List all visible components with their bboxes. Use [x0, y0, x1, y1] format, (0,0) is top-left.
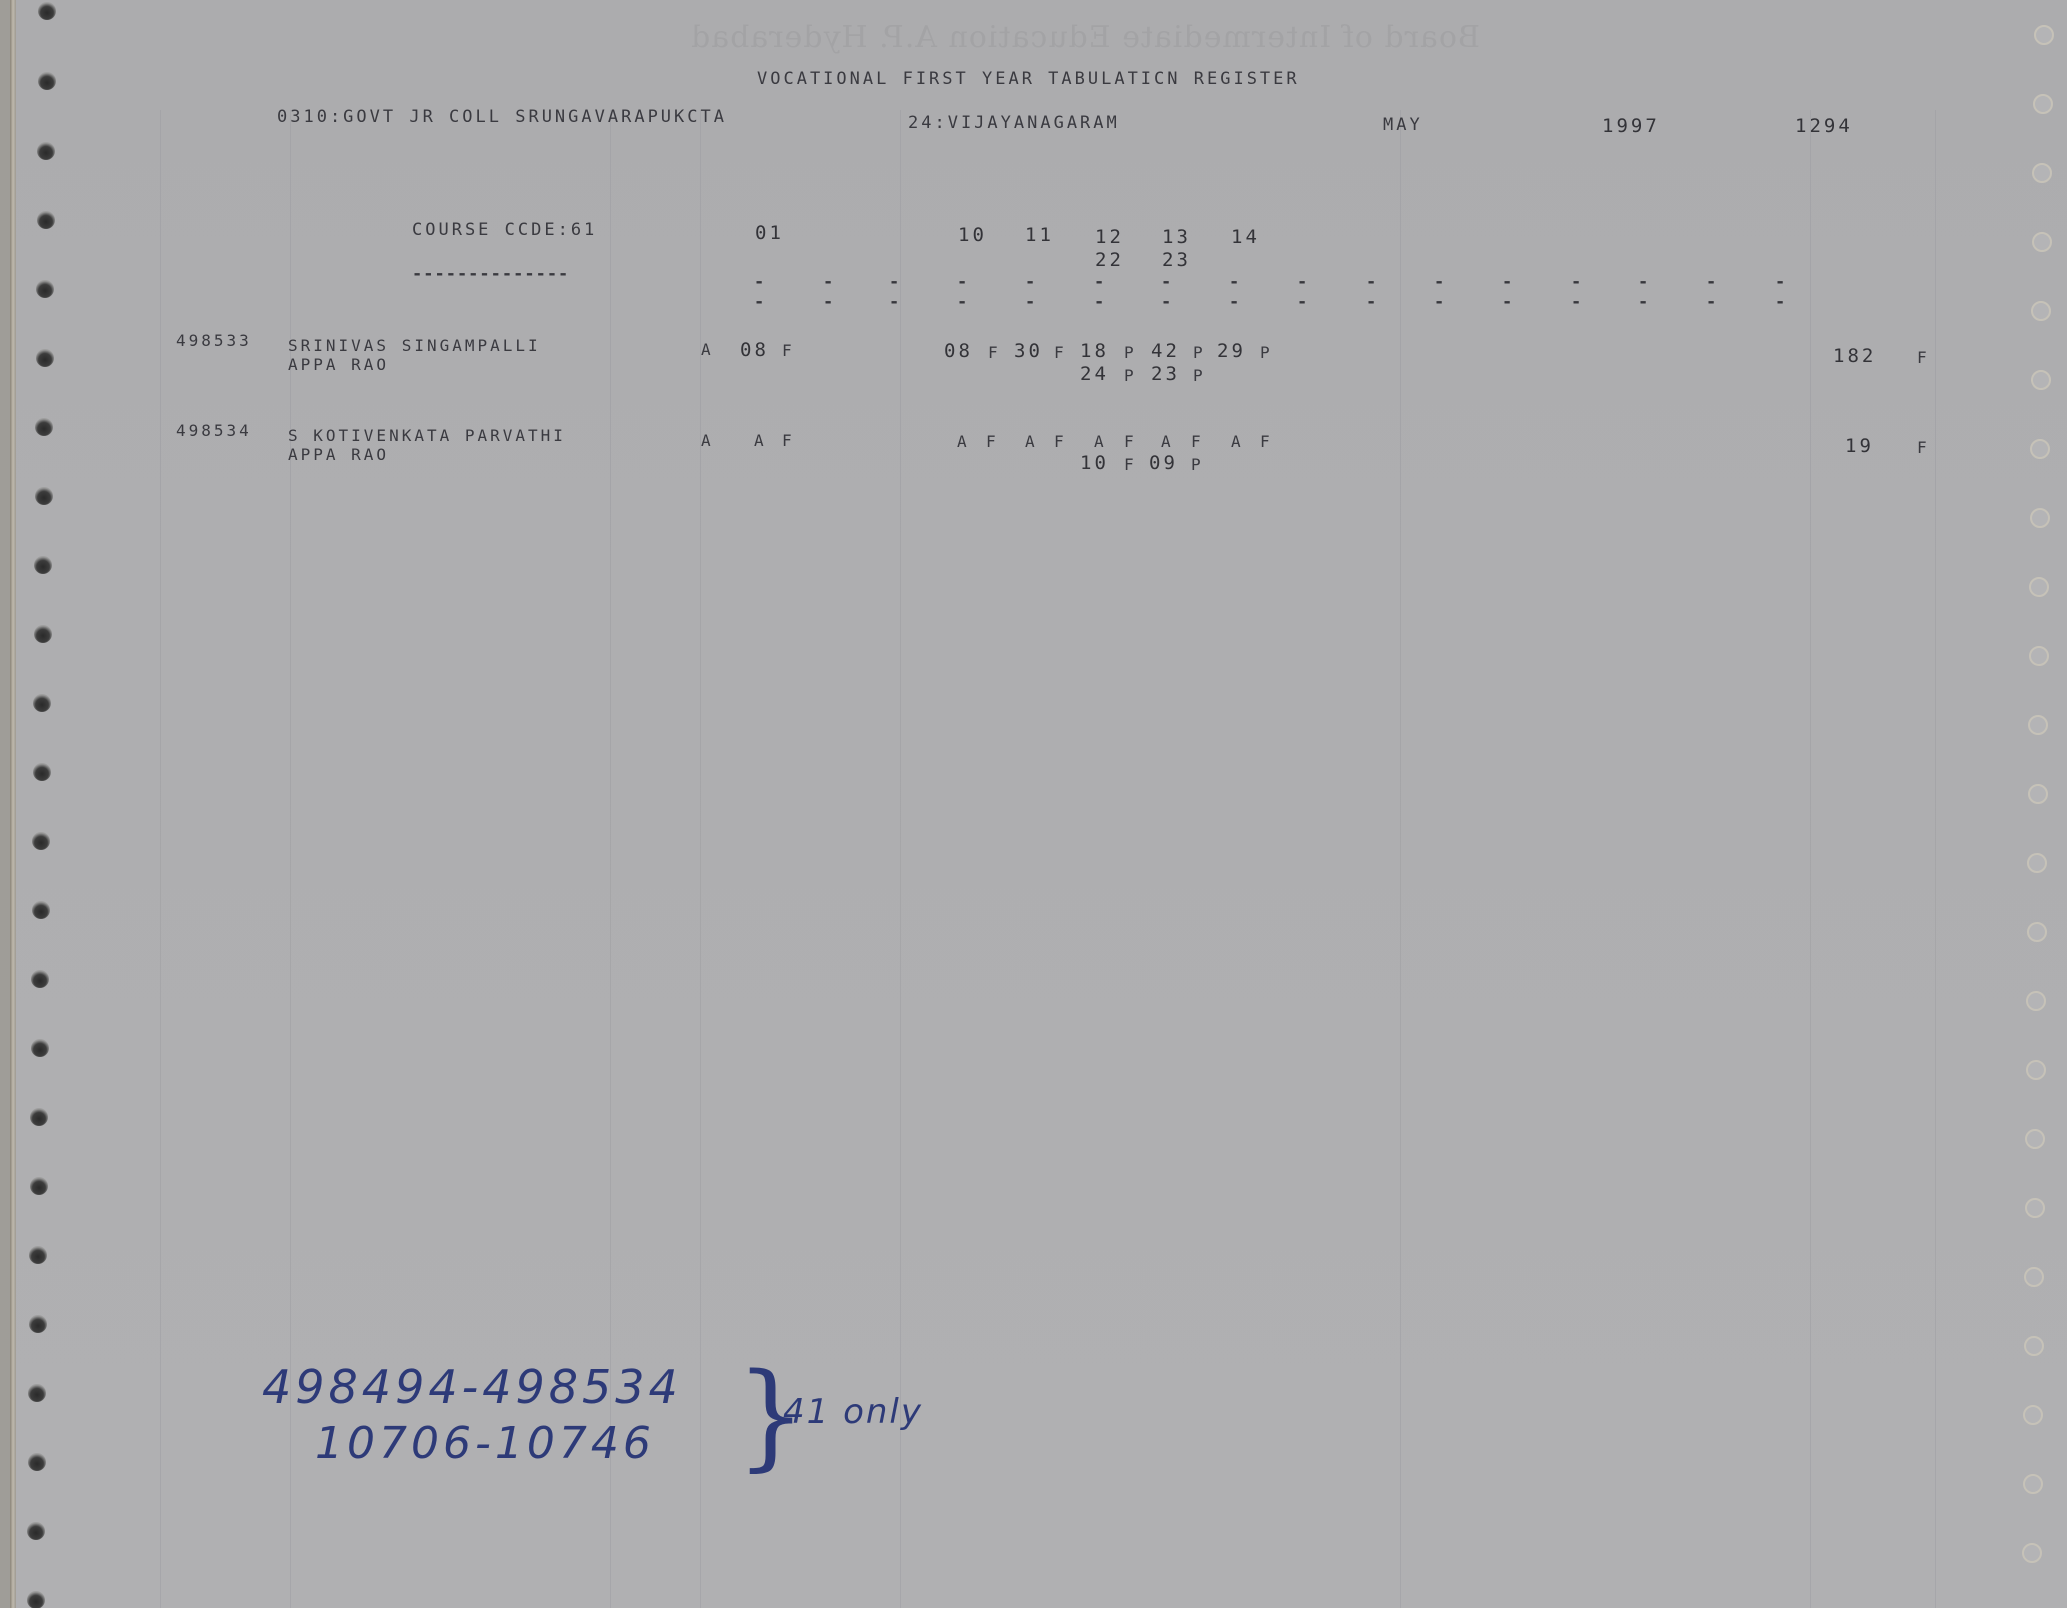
subject-code-01: 01 — [755, 224, 784, 243]
feed-hole-icon — [34, 625, 52, 643]
column-rule — [160, 110, 161, 1608]
subject-13-mark: A — [1161, 434, 1174, 450]
hall-ticket-range: 498494-498534 — [262, 1360, 682, 1414]
feed-hole-icon — [2034, 25, 2054, 45]
feed-hole-icon — [2027, 853, 2047, 873]
feed-hole-icon — [28, 1453, 46, 1471]
feed-hole-icon — [2033, 94, 2053, 114]
feed-hole-icon — [2023, 1474, 2043, 1494]
subject-14-result: F — [1260, 434, 1273, 450]
dash-group: -- — [1094, 272, 1105, 312]
subject-13-result: F — [1191, 434, 1204, 450]
father-name: APPA RAO — [288, 357, 389, 373]
part1-status: A — [701, 433, 714, 449]
hall-ticket-number: 498533 — [176, 333, 252, 349]
student-name: SRINIVAS SINGAMPALLI — [288, 338, 541, 354]
paper-edge — [10, 0, 16, 1608]
feed-hole-icon — [32, 832, 50, 850]
feed-hole-icon — [2027, 922, 2047, 942]
subject-22-mark: 10 — [1080, 454, 1109, 473]
subject-22-result: P — [1124, 368, 1137, 384]
feed-hole-icon — [30, 1108, 48, 1126]
subject-11-mark: 30 — [1014, 342, 1043, 361]
dash-group: -- — [889, 272, 900, 312]
college-code-name: 0310:GOVT JR COLL SRUNGAVARAPUKCTA — [277, 109, 727, 126]
feed-hole-icon — [31, 1039, 49, 1057]
final-result: F — [1917, 350, 1930, 366]
dash-group: -- — [1025, 272, 1036, 312]
register-title: VOCATIONAL FIRST YEAR TABULATICN REGISTE… — [757, 71, 1300, 88]
dash-group: -- — [1638, 272, 1649, 312]
dash-group: -- — [1775, 272, 1786, 312]
part1-marks: 08 — [740, 341, 769, 360]
district: 24:VIJAYANAGARAM — [908, 115, 1120, 132]
dash-group: -- — [1366, 272, 1377, 312]
feed-hole-icon — [2025, 1129, 2045, 1149]
exam-month: MAY — [1383, 117, 1423, 134]
subject-14-mark: 29 — [1217, 342, 1246, 361]
feed-hole-icon — [2032, 232, 2052, 252]
feed-hole-icon — [38, 2, 56, 20]
feed-hole-icon — [33, 694, 51, 712]
dash-group: -- — [1229, 272, 1240, 312]
feed-hole-icon — [27, 1591, 45, 1608]
feed-hole-icon — [28, 1384, 46, 1402]
subject-code-22: 22 — [1095, 251, 1124, 270]
dash-group: -- — [1161, 272, 1172, 312]
subject-14-result: P — [1260, 345, 1273, 361]
column-rule — [700, 110, 701, 1608]
feed-hole-icon — [36, 280, 54, 298]
feed-hole-icon — [2024, 1336, 2044, 1356]
father-name: APPA RAO — [288, 447, 389, 463]
feed-hole-icon — [38, 72, 56, 90]
feed-hole-icon — [2022, 1543, 2042, 1563]
subject-code-23: 23 — [1162, 251, 1191, 270]
subject-code-10: 10 — [958, 226, 987, 245]
subject-11-result: F — [1054, 345, 1067, 361]
feed-hole-icon — [37, 142, 55, 160]
dash-group: -- — [1297, 272, 1308, 312]
feed-hole-icon — [2028, 784, 2048, 804]
dash-group: -- — [957, 272, 968, 312]
subject-13-mark: 42 — [1151, 342, 1180, 361]
feed-hole-icon — [35, 418, 53, 436]
subject-23-mark: 23 — [1151, 365, 1180, 384]
feed-hole-icon — [2023, 1405, 2043, 1425]
feed-hole-icon — [33, 763, 51, 781]
feed-hole-icon — [29, 1315, 47, 1333]
subject-10-result: F — [988, 345, 1001, 361]
subject-13-result: P — [1193, 345, 1206, 361]
feed-hole-icon — [2026, 991, 2046, 1011]
subject-14-mark: A — [1231, 434, 1244, 450]
feed-hole-icon — [2028, 715, 2048, 735]
feed-hole-icon — [37, 211, 55, 229]
dash-group: -- — [754, 272, 765, 312]
page-number: 1294 — [1795, 117, 1853, 136]
count-annotation: 41 only — [783, 1392, 923, 1432]
subject-10-mark: 08 — [944, 342, 973, 361]
subject-23-result: P — [1191, 457, 1204, 473]
binding-edge — [0, 0, 10, 1608]
feed-hole-icon — [2029, 577, 2049, 597]
subject-code-14: 14 — [1231, 228, 1260, 247]
feed-hole-icon — [36, 349, 54, 367]
subject-code-13: 13 — [1162, 228, 1191, 247]
subject-12-mark: 18 — [1080, 342, 1109, 361]
feed-hole-icon — [2025, 1198, 2045, 1218]
column-rule — [900, 110, 901, 1608]
feed-hole-icon — [30, 1177, 48, 1195]
feed-hole-icon — [2032, 163, 2052, 183]
total-marks: 182 — [1833, 347, 1876, 366]
final-result: F — [1917, 440, 1930, 456]
serial-range: 10706-10746 — [315, 1418, 655, 1469]
subject-22-result: F — [1124, 457, 1137, 473]
feed-hole-icon — [2031, 370, 2051, 390]
course-code-underline: -------------- — [412, 266, 569, 283]
subject-11-result: F — [1054, 434, 1067, 450]
student-name: S KOTIVENKATA PARVATHI — [288, 428, 566, 444]
feed-hole-icon — [2029, 646, 2049, 666]
register-sheet: Board of Intermediate Education A.P. Hyd… — [0, 0, 2067, 1608]
feed-hole-icon — [2031, 301, 2051, 321]
feed-hole-icon — [2030, 508, 2050, 528]
feed-hole-icon — [29, 1246, 47, 1264]
ghost-board-header: Board of Intermediate Education A.P. Hyd… — [580, 20, 1480, 55]
dash-group: -- — [1434, 272, 1445, 312]
column-rule — [1400, 110, 1401, 1608]
subject-code-11: 11 — [1025, 226, 1054, 245]
subject-23-result: P — [1193, 368, 1206, 384]
subject-11-mark: A — [1025, 434, 1038, 450]
dash-group: -- — [1571, 272, 1582, 312]
hall-ticket-number: 498534 — [176, 423, 252, 439]
subject-12-result: P — [1124, 345, 1137, 361]
subject-10-mark: A — [957, 434, 970, 450]
subject-10-result: F — [986, 434, 999, 450]
subject-12-mark: A — [1094, 434, 1107, 450]
feed-hole-icon — [31, 970, 49, 988]
dash-group: -- — [1706, 272, 1717, 312]
dash-group: -- — [823, 272, 834, 312]
feed-hole-icon — [2024, 1267, 2044, 1287]
feed-hole-icon — [2026, 1060, 2046, 1080]
subject-23-mark: 09 — [1149, 454, 1178, 473]
column-rule — [1935, 110, 1936, 1608]
feed-hole-icon — [34, 556, 52, 574]
feed-hole-icon — [2030, 439, 2050, 459]
dash-group: -- — [1502, 272, 1513, 312]
feed-hole-icon — [32, 901, 50, 919]
feed-hole-icon — [35, 487, 53, 505]
subject-12-result: F — [1124, 434, 1137, 450]
subject-22-mark: 24 — [1080, 365, 1109, 384]
part1-marks: A — [754, 433, 767, 449]
subject-code-12: 12 — [1095, 228, 1124, 247]
part1-result: F — [782, 433, 795, 449]
column-rule — [1810, 110, 1811, 1608]
total-marks: 19 — [1845, 437, 1874, 456]
part1-result: F — [782, 343, 795, 359]
part1-status: A — [701, 342, 714, 358]
feed-hole-icon — [27, 1522, 45, 1540]
course-code-label: COURSE CCDE:61 — [412, 222, 597, 239]
exam-year: 1997 — [1602, 117, 1660, 136]
